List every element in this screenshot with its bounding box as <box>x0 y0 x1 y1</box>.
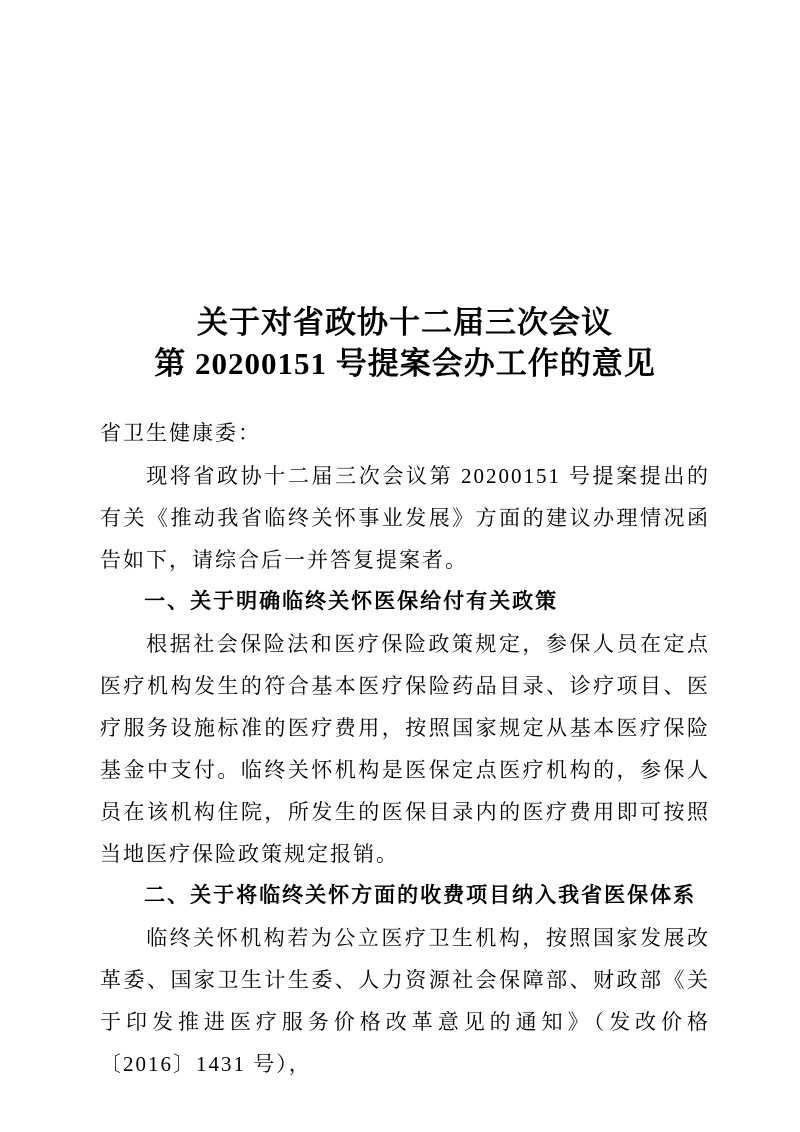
document-page: 关于对省政协十二届三次会议 第 20200151 号提案会办工作的意见 省卫生健… <box>0 0 800 1132</box>
section-heading-1: 一、关于明确临终关怀医保给付有关政策 <box>100 581 710 623</box>
document-title-line-2: 第 20200151 号提案会办工作的意见 <box>100 343 710 384</box>
document-title-line-1: 关于对省政协十二届三次会议 <box>100 302 710 343</box>
intro-paragraph: 现将省政协十二届三次会议第 20200151 号提案提出的有关《推动我省临终关怀… <box>100 455 710 581</box>
section-1-paragraph: 根据社会保险法和医疗保险政策规定，参保人员在定点医疗机构发生的符合基本医疗保险药… <box>100 623 710 875</box>
salutation: 省卫生健康委： <box>100 412 710 455</box>
section-heading-2: 二、关于将临终关怀方面的收费项目纳入我省医保体系 <box>100 875 710 917</box>
document-title: 关于对省政协十二届三次会议 第 20200151 号提案会办工作的意见 <box>100 302 710 384</box>
section-2-paragraph: 临终关怀机构若为公立医疗卫生机构，按照国家发展改革委、国家卫生计生委、人力资源社… <box>100 917 710 1085</box>
